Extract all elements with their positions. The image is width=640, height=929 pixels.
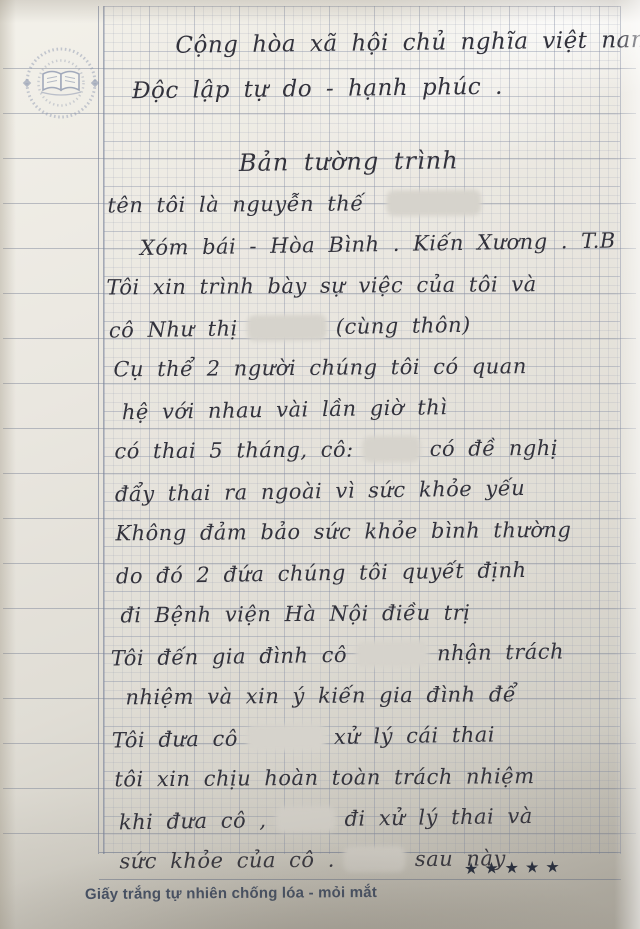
handwritten-line: tên tôi là nguyễn thế xyxy=(105,181,625,226)
redaction-blur xyxy=(275,806,335,833)
handwritten-line: do đó 2 đứa chúng tôi quyết định xyxy=(110,548,631,597)
handwritten-text: Không đảm bảo sức khỏe bình thường xyxy=(115,518,571,546)
handwritten-line: Xóm bái - Hòa Bình . Kiến Xương . T.B xyxy=(106,220,627,269)
photo-of-document: Cộng hòa xã hội chủ nghĩa việt nam Độc l… xyxy=(0,0,640,929)
handwritten-text: nhiệm và xin ý kiến gia đình để xyxy=(125,682,516,709)
handwritten-text: Tôi xin trình bày sự việc của tôi và xyxy=(106,272,537,299)
handwritten-text: xử lý cái thai xyxy=(334,722,496,749)
handwritten-text: đi xử lý thai và xyxy=(344,804,533,831)
handwritten-line: khi đưa cô ,đi xử lý thai và xyxy=(113,794,634,843)
national-header: Cộng hòa xã hội chủ nghĩa việt nam Độc l… xyxy=(123,19,604,115)
handwritten-text: Xóm bái - Hòa Bình . Kiến Xương . T.B xyxy=(140,229,616,260)
handwritten-text: tên tôi là nguyễn thế xyxy=(107,191,377,217)
handwritten-line: tôi xin chịu hoàn toàn trách nhiệm xyxy=(112,755,632,800)
handwritten-text: khi đưa cô , xyxy=(119,808,267,834)
header-motto-line2: Độc lập tự do - hạnh phúc . xyxy=(124,64,605,115)
handwritten-text: Cụ thể 2 người chúng tôi có quan xyxy=(113,354,527,381)
handwritten-line: nhiệm và xin ý kiến gia đình để xyxy=(111,673,631,718)
handwritten-text: cô Như thị xyxy=(109,316,238,342)
handwritten-line: Tôi đến gia đình cônhận trách xyxy=(111,630,632,679)
handwritten-text: sức khỏe của cô . xyxy=(119,848,335,874)
handwritten-line: Không đảm bảo sức khỏe bình thường xyxy=(109,509,629,554)
handwritten-line: đi Bệnh viện Hà Nội điều trị xyxy=(110,591,630,636)
handwritten-text: có đề nghị xyxy=(430,436,559,461)
handwritten-line: hệ với nhau vài lần giờ thì xyxy=(108,384,629,433)
handwritten-line: đẩy thai ra ngoài vì sức khỏe yếu xyxy=(109,466,630,515)
handwritten-line: Cụ thể 2 người chúng tôi có quan xyxy=(107,345,627,390)
handwritten-line: cô Như thị(cùng thôn) xyxy=(107,302,628,351)
handwritten-line: có thai 5 tháng, cô:có đề nghị xyxy=(108,427,628,472)
handwritten-text: tôi xin chịu hoàn toàn trách nhiệm xyxy=(114,764,534,791)
handwritten-text: Tôi đưa cô xyxy=(112,726,238,752)
handwriting-body: tên tôi là nguyễn thế Xóm bái - Hòa Bình… xyxy=(105,180,633,883)
redaction-blur xyxy=(247,724,325,751)
handwritten-text: có thai 5 tháng, cô: xyxy=(114,438,353,464)
handwritten-text: hệ với nhau vài lần giờ thì xyxy=(122,395,448,424)
header-motto-line1: Cộng hòa xã hội chủ nghĩa việt nam xyxy=(123,19,604,70)
paper-brand-print: Giấy trắng tự nhiên chống lóa - mỏi mắt xyxy=(85,884,377,903)
star-rating: ★★★★★ xyxy=(464,857,566,878)
handwritten-text: do đó 2 đứa chúng tôi quyết định xyxy=(116,558,527,588)
redaction-blur xyxy=(386,190,481,217)
handwritten-text: đẩy thai ra ngoài vì sức khỏe yếu xyxy=(115,476,526,506)
handwritten-text: nhận trách xyxy=(437,639,564,665)
redaction-blur xyxy=(344,846,406,872)
handwritten-text: Tôi đến gia đình cô xyxy=(111,643,347,671)
handwriting-layer: Cộng hòa xã hội chủ nghĩa việt nam Độc l… xyxy=(0,0,640,929)
handwritten-text: đi Bệnh viện Hà Nội điều trị xyxy=(120,601,470,628)
redaction-blur xyxy=(247,314,327,341)
handwritten-line: Tôi xin trình bày sự việc của tôi và xyxy=(106,263,626,308)
document-title: Bản tường trình xyxy=(239,146,459,177)
redaction-blur xyxy=(356,641,428,668)
handwritten-text: (cùng thôn) xyxy=(336,313,471,339)
redaction-blur xyxy=(363,436,421,462)
handwritten-line: Tôi đưa côxử lý cái thai xyxy=(112,712,633,761)
